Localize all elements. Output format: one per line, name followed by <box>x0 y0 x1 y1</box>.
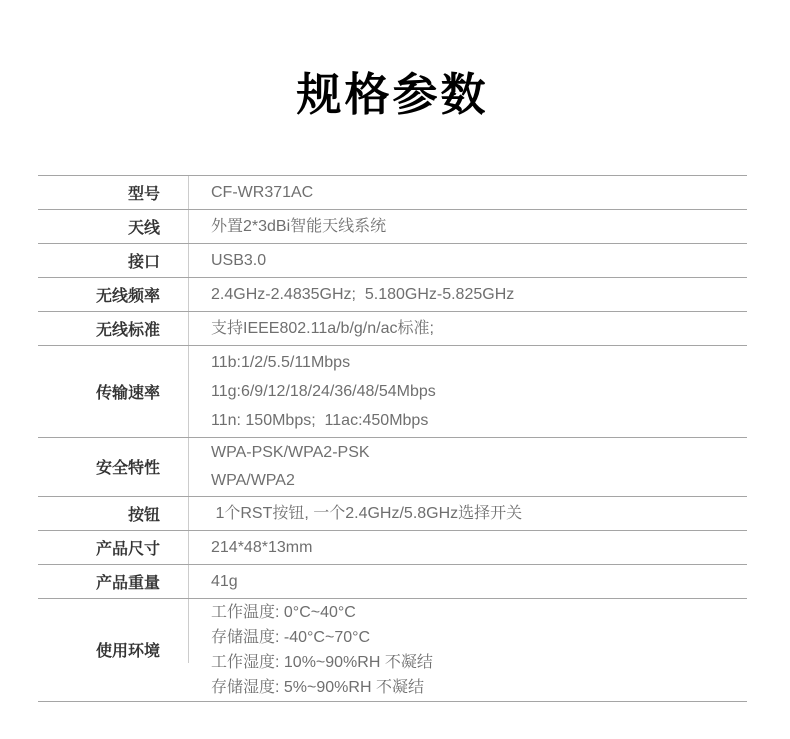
row-label: 产品重量 <box>38 570 188 593</box>
value-line: CF-WR371AC <box>211 177 747 208</box>
table-row-size: 产品尺寸 214*48*13mm <box>38 530 747 564</box>
value-line: 存储湿度: 5%~90%RH 不凝结 <box>211 675 747 700</box>
table-row-environment: 使用环境 工作温度: 0°C~40°C 存储温度: -40°C~70°C 工作湿… <box>38 598 747 701</box>
row-label: 按钮 <box>38 502 188 525</box>
row-label: 安全特性 <box>38 455 188 478</box>
row-label: 型号 <box>38 181 188 204</box>
page-title: 规格参数 <box>38 70 747 120</box>
row-value: 11b:1/2/5.5/11Mbps 11g:6/9/12/18/24/36/4… <box>188 348 747 435</box>
row-label: 天线 <box>38 215 188 238</box>
value-line: 工作湿度: 10%~90%RH 不凝结 <box>211 650 747 675</box>
value-line: 2.4GHz-2.4835GHz; 5.180GHz-5.825GHz <box>211 279 747 310</box>
row-value: 1个RST按钮, 一个2.4GHz/5.8GHz选择开关 <box>188 498 747 529</box>
value-line: 214*48*13mm <box>211 532 747 563</box>
spec-page: 规格参数 型号 CF-WR371AC 天线 外置2*3dBi智能天线系统 接口 … <box>0 0 790 739</box>
value-line: WPA/WPA2 <box>211 467 747 495</box>
value-line: 工作温度: 0°C~40°C <box>211 600 747 625</box>
row-label: 无线频率 <box>38 283 188 306</box>
row-value: CF-WR371AC <box>188 177 747 208</box>
table-row-frequency: 无线频率 2.4GHz-2.4835GHz; 5.180GHz-5.825GHz <box>38 277 747 311</box>
spec-table: 型号 CF-WR371AC 天线 外置2*3dBi智能天线系统 接口 USB3.… <box>38 175 747 702</box>
value-line: 41g <box>211 566 747 597</box>
row-label: 无线标准 <box>38 317 188 340</box>
table-row-model: 型号 CF-WR371AC <box>38 175 747 209</box>
value-line: 存储温度: -40°C~70°C <box>211 625 747 650</box>
row-value: WPA-PSK/WPA2-PSK WPA/WPA2 <box>188 439 747 495</box>
row-value: 支持IEEE802.11a/b/g/n/ac标准; <box>188 313 747 344</box>
row-value: USB3.0 <box>188 245 747 276</box>
value-line: 11g:6/9/12/18/24/36/48/54Mbps <box>211 377 747 406</box>
spec-content: 规格参数 型号 CF-WR371AC 天线 外置2*3dBi智能天线系统 接口 … <box>38 0 747 702</box>
row-label: 使用环境 <box>38 638 188 661</box>
row-value: 2.4GHz-2.4835GHz; 5.180GHz-5.825GHz <box>188 279 747 310</box>
table-row-antenna: 天线 外置2*3dBi智能天线系统 <box>38 209 747 243</box>
table-row-speed: 传输速率 11b:1/2/5.5/11Mbps 11g:6/9/12/18/24… <box>38 345 747 437</box>
table-row-weight: 产品重量 41g <box>38 564 747 598</box>
row-value: 外置2*3dBi智能天线系统 <box>188 211 747 242</box>
row-value: 214*48*13mm <box>188 532 747 563</box>
row-value: 41g <box>188 566 747 597</box>
row-label: 传输速率 <box>38 380 188 403</box>
value-line: 外置2*3dBi智能天线系统 <box>211 211 747 242</box>
value-line: 11n: 150Mbps; 11ac:450Mbps <box>211 406 747 435</box>
table-row-interface: 接口 USB3.0 <box>38 243 747 277</box>
row-label: 接口 <box>38 249 188 272</box>
table-row-security: 安全特性 WPA-PSK/WPA2-PSK WPA/WPA2 <box>38 437 747 496</box>
value-line: 11b:1/2/5.5/11Mbps <box>211 348 747 377</box>
row-value: 工作温度: 0°C~40°C 存储温度: -40°C~70°C 工作湿度: 10… <box>188 600 747 700</box>
value-line: WPA-PSK/WPA2-PSK <box>211 439 747 467</box>
row-label: 产品尺寸 <box>38 536 188 559</box>
table-row-button: 按钮 1个RST按钮, 一个2.4GHz/5.8GHz选择开关 <box>38 496 747 530</box>
value-line: USB3.0 <box>211 245 747 276</box>
value-line: 支持IEEE802.11a/b/g/n/ac标准; <box>211 313 747 344</box>
table-row-standard: 无线标准 支持IEEE802.11a/b/g/n/ac标准; <box>38 311 747 345</box>
value-line: 1个RST按钮, 一个2.4GHz/5.8GHz选择开关 <box>211 498 747 529</box>
